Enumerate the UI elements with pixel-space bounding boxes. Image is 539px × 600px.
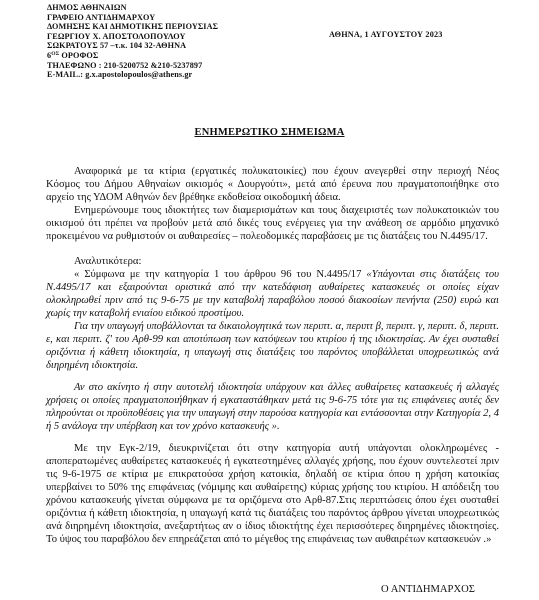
letterhead: ΔΗΜΟΣ ΑΘΗΝΑΙΩΝ ΓΡΑΦΕΙΟ ΑΝΤΙΔΗΜΑΡΧΟΥ ΔΟΜΗ… [47, 3, 218, 80]
signature: Ο ΑΝΤΙΔΗΜΑΡΧΟΣ [381, 584, 475, 595]
paragraph-submission: Για την υπαγωγή υποβάλλονται τα δικαιολο… [46, 320, 499, 372]
document-date: ΑΘΗΝΑ, 1 ΑΥΓΟΥΣΤΟΥ 2023 [329, 30, 443, 39]
document-title: ΕΝΗΜΕΡΩΤΙΚΟ ΣΗΜΕΙΩΜΑ [0, 127, 539, 138]
letterhead-department: ΔΟΜΗΣΗΣ ΚΑΙ ΔΗΜΟΤΙΚΗΣ ΠΕΡΙΟΥΣΙΑΣ [47, 22, 218, 32]
paragraph-reference: Αναφορικά με τα κτίρια (εργατικές πολυκα… [46, 165, 499, 204]
letterhead-name: ΓΕΩΡΓΙΟΥ Χ. ΑΠΟΣΤΟΛΟΠΟΥΛΟΥ [47, 32, 218, 42]
paragraph-label-details: Αναλυτικότερα: [46, 255, 499, 268]
letterhead-address: ΣΩΚΡΑΤΟΥΣ 57 –τ.κ. 104 32-ΑΘΗΝΑ [47, 41, 218, 51]
paragraph-law-quote: « Σύμφωνα με την κατηγορία 1 του άρθρου … [46, 268, 499, 320]
paragraph-other-violations: Αν στο ακίνητο ή στην αυτοτελή ιδιοκτησί… [46, 381, 499, 433]
document-page: ΔΗΜΟΣ ΑΘΗΝΑΙΩΝ ΓΡΑΦΕΙΟ ΑΝΤΙΔΗΜΑΡΧΟΥ ΔΟΜΗ… [0, 0, 539, 600]
paragraph-circular: Με την Εγκ-2/19, διευκρινίζεται ότι στην… [46, 442, 499, 546]
floor-text: ΟΡΟΦΟΣ [59, 51, 98, 60]
law-quote-intro: « Σύμφωνα με την κατηγορία 1 του άρθρου … [74, 269, 366, 280]
letterhead-municipality: ΔΗΜΟΣ ΑΘΗΝΑΙΩΝ [47, 3, 218, 13]
document-body: Αναφορικά με τα κτίρια (εργατικές πολυκα… [46, 165, 499, 546]
letterhead-email[interactable]: E-MAIL.: g.x.apostolopoulos@athens.gr [47, 70, 218, 80]
letterhead-phone: ΤΗΛΕΦΩΝΟ : 210-5200752 &210-5237897 [47, 61, 218, 71]
letterhead-office: ΓΡΑΦΕΙΟ ΑΝΤΙΔΗΜΑΡΧΟΥ [47, 13, 218, 23]
letterhead-floor: 6ΟΣ ΟΡΟΦΟΣ [47, 51, 218, 61]
paragraph-notice: Ενημερώνουμε τους ιδιοκτήτες των διαμερι… [46, 204, 499, 243]
